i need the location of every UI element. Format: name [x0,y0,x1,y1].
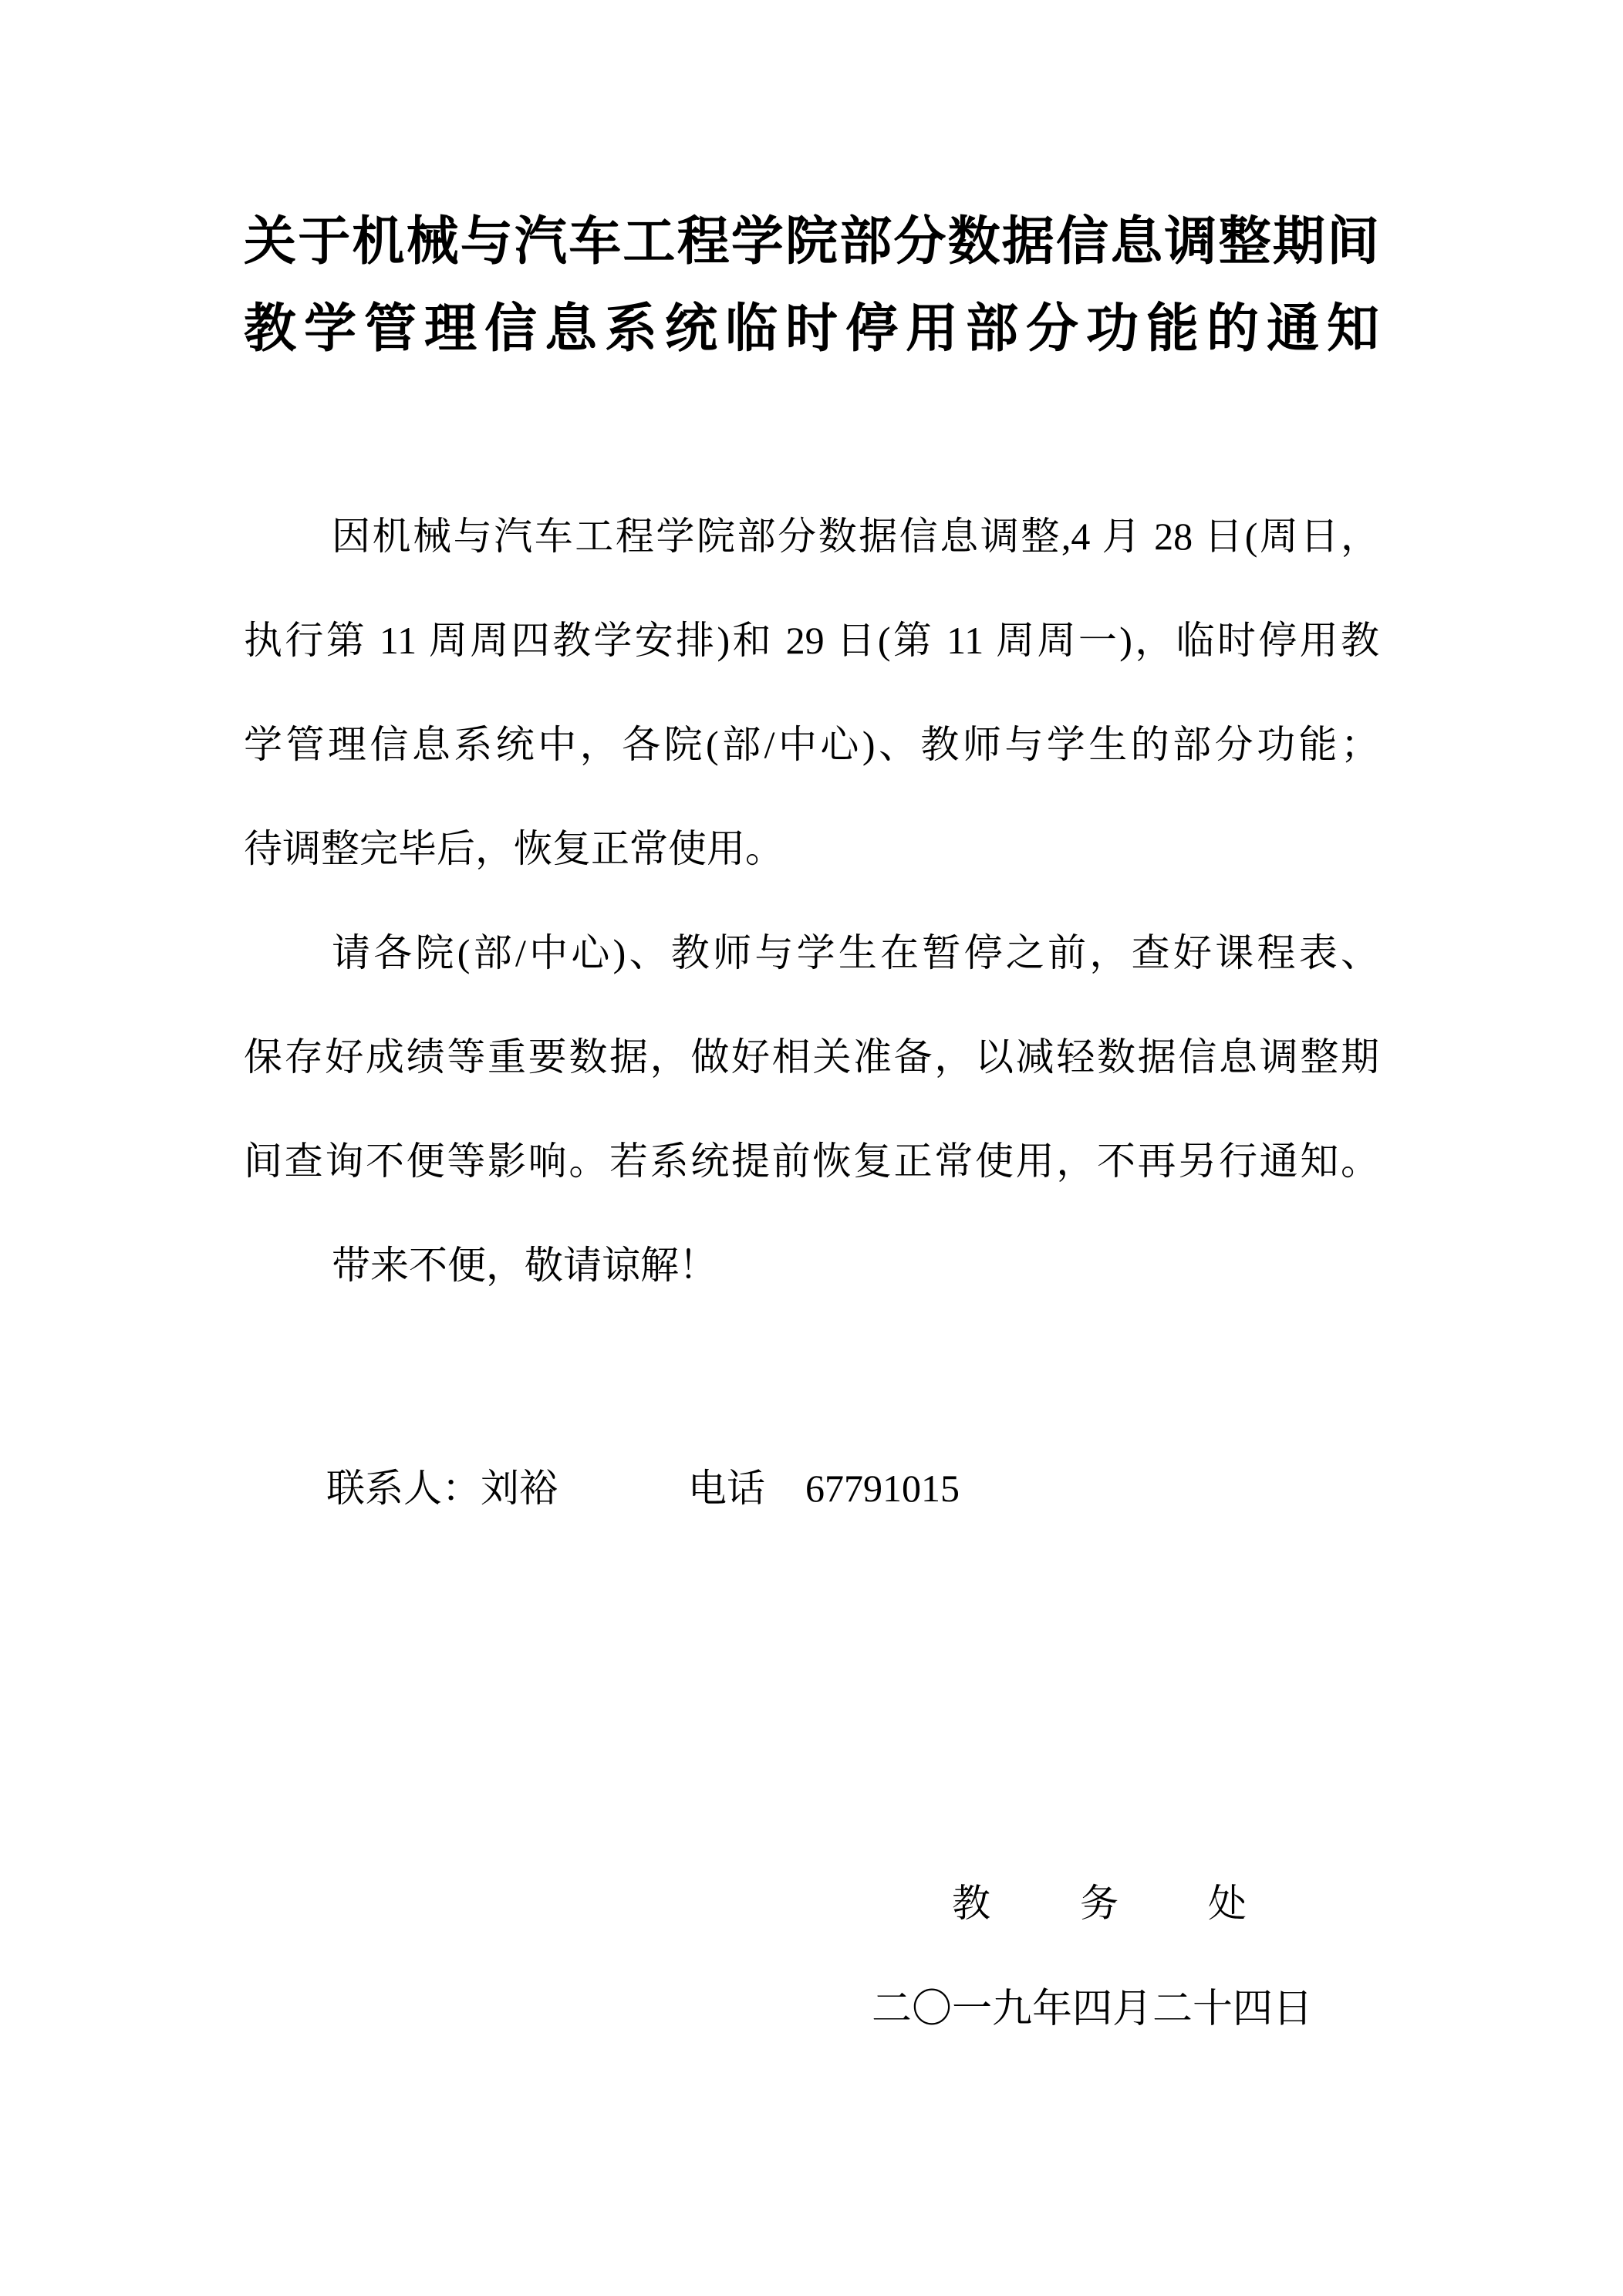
contact-line: 联系人：刘裕电话67791015 [244,1437,1379,1541]
contact-phone-number: 67791015 [805,1467,960,1510]
title-line-1: 关于机械与汽车工程学院部分数据信息调整期间 [244,198,1379,285]
body-line: 带来不便，敬请谅解！ [244,1214,1379,1318]
notice-body: 因机械与汽车工程学院部分数据信息调整,4 月 28 日(周日， 执行第 11 周… [244,485,1379,1318]
contact-person-name: 刘裕 [481,1467,558,1510]
body-line: 待调整完毕后，恢复正常使用。 [244,797,1379,901]
body-line: 执行第 11 周周四教学安排)和 29 日(第 11 周周一)，临时停用教 [244,589,1379,693]
body-line: 间查询不便等影响。若系统提前恢复正常使用，不再另行通知。 [244,1109,1379,1214]
body-line: 学管理信息系统中，各院(部/中心)、教师与学生的部分功能； [244,693,1379,797]
contact-phone-label: 电话 [688,1467,765,1510]
contact-person-label: 联系人： [326,1467,481,1510]
notice-page: 关于机械与汽车工程学院部分数据信息调整期间 教学管理信息系统临时停用部分功能的通… [0,0,1623,2296]
body-line: 保存好成绩等重要数据，做好相关准备，以减轻数据信息调整期 [244,1005,1379,1109]
signature-date: 二〇一九年四月二十四日 [872,1957,1313,2061]
signature-department: 教务处 [952,1852,1336,1956]
title-line-2: 教学管理信息系统临时停用部分功能的通知 [244,285,1379,373]
notice-title: 关于机械与汽车工程学院部分数据信息调整期间 教学管理信息系统临时停用部分功能的通… [244,198,1379,373]
body-line: 因机械与汽车工程学院部分数据信息调整,4 月 28 日(周日， [244,485,1379,589]
body-line: 请各院(部/中心)、教师与学生在暂停之前，查好课程表、 [244,901,1379,1005]
